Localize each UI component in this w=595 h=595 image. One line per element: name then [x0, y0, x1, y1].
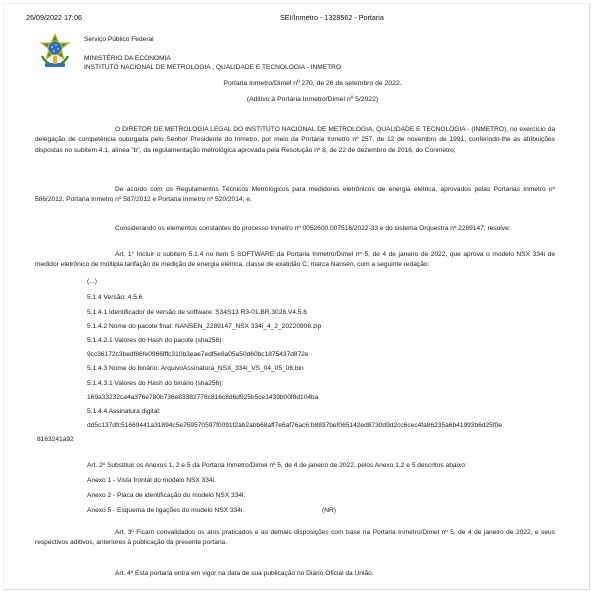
art1-item: 5.1.4.4 Assinatura digital:: [87, 408, 161, 415]
preamble-paragraph: O DIRETOR DE METROLOGIA LEGAL DO INSTITU…: [35, 125, 555, 156]
institute-label: INSTITUTO NACIONAL DE METROLOGIA , QUALI…: [84, 64, 341, 71]
hash-value: 9cc36172c3bedf86fe0966fffc310b3eae7edf5e…: [87, 351, 309, 358]
document-heading: Portaria Inmetro/Dimel nº 270, de 26 de …: [0, 80, 595, 87]
document-subheading: (Aditivo à Portaria Inmetro/Dimel nº 5/2…: [0, 96, 595, 103]
nr-mark: (NR): [322, 507, 336, 514]
ministry-label: MINISTÉRIO DA ECONOMIA: [84, 55, 171, 62]
art1-item: 5.1.4.2 Nome do pacote final: NANSEN_228…: [87, 323, 321, 330]
considering-paragraph-2: Considerando os elementos constantes do …: [35, 224, 555, 234]
print-datetime: 26/09/2022 17:06: [26, 13, 82, 22]
service-label: Serviço Público Federal: [84, 36, 154, 43]
art1-item: 5.1.4.3.1 Valores do Hash do binário (sh…: [87, 380, 223, 387]
article-3-paragraph: Art. 3º Ficam convalidados os atos prati…: [35, 528, 555, 549]
print-title: SEI/Inmetro - 1328562 - Portaria: [280, 13, 384, 22]
art1-item: 5.1.4.1 Identificador de versão de softw…: [87, 309, 307, 316]
article-4-paragraph: Art. 4º Esta portaria entra em vigor na …: [35, 569, 555, 579]
article-1-paragraph: Art. 1° Incluir o subitem 5.1.4 no item …: [35, 250, 555, 271]
hash-value: 169a33232ca4a376e780b736e83382778c816c8d…: [87, 394, 318, 401]
art1-item: 5.1.4.2.1 Valores do Hash do pacote (sha…: [87, 337, 223, 344]
brazil-coat-of-arms-icon: [37, 32, 73, 72]
art1-item: 5.1.4 Versão: 4.5.6: [87, 294, 142, 301]
annex-item: Anexo 1 - Vista frontal do modelo NSX 33…: [87, 477, 216, 484]
signature-value-line-2: 8163241a92: [37, 436, 74, 443]
annex-item: Anexo 5 - Esquema de ligações do modelo …: [87, 507, 244, 514]
considering-paragraph-1: De acordo com os Regulamentos Técnicos M…: [35, 185, 555, 206]
art1-item: (...): [87, 278, 97, 285]
art1-item: 5.1.4.3 Nome do binário: ArquivoAssinatu…: [87, 365, 304, 372]
article-2-paragraph: Art. 2º Substituir os Anexos 1, 2 e 5 da…: [87, 462, 467, 469]
annex-item: Anexo 2 - Placa de identificação do mode…: [87, 492, 245, 499]
signature-value-line-1: dd5c137dfc51669441a31894c5e759570597f009…: [87, 422, 502, 429]
